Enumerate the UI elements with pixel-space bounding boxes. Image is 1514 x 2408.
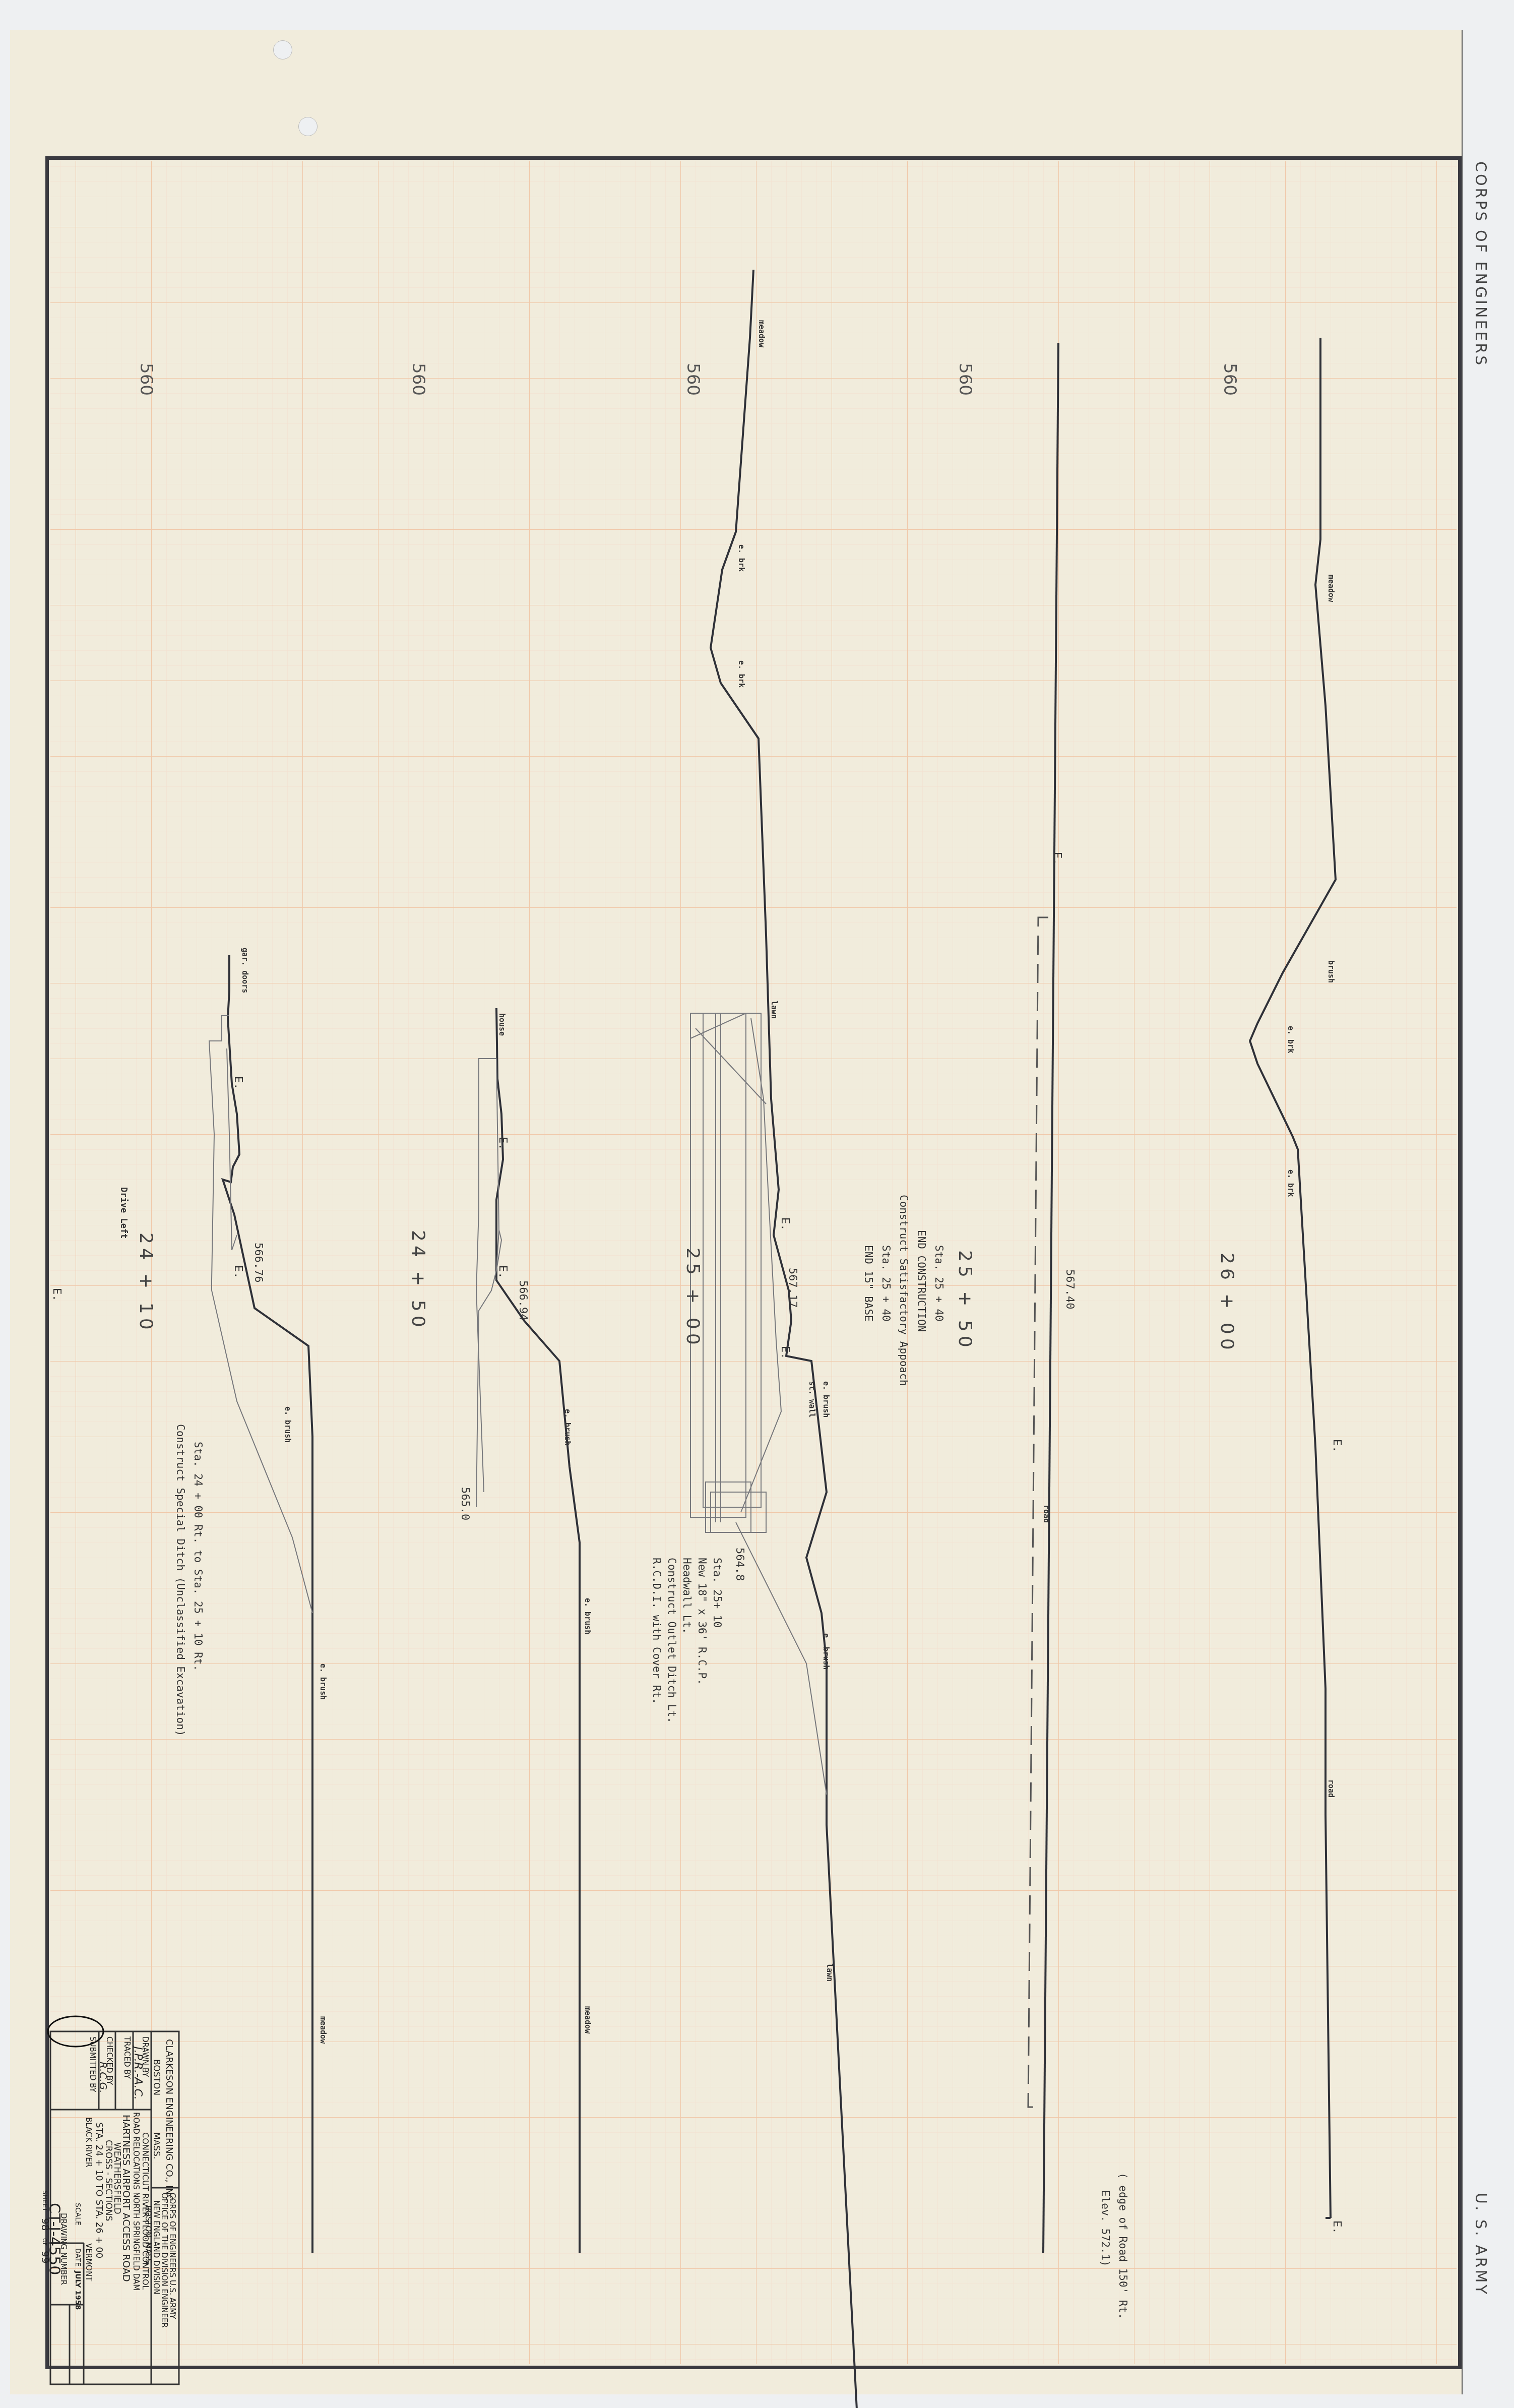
traced-by-label: TRACED BY: [122, 2036, 132, 2079]
sheet-total: 99: [40, 2251, 50, 2263]
agency-line: NEW ENGLAND DIVISION: [152, 2200, 160, 2295]
river-name: BLACK RIVER: [84, 2117, 94, 2167]
date-value: JULY 1958: [73, 2271, 83, 2310]
project-line: CONNECTICUT RIVER FLOOD CONTROL: [140, 2132, 150, 2290]
state-name: VERMONT: [84, 2243, 94, 2281]
firm-name: CLARKESON ENGINEERING CO., INC.: [164, 2039, 174, 2204]
drawn-by-value: J.P.R.-A.C.: [133, 2047, 143, 2100]
scale-label: SCALE: [73, 2203, 83, 2226]
firm-state: MASS.: [151, 2132, 161, 2159]
sheet-label: SHEET: [39, 2190, 49, 2211]
project-line: CROSS - SECTIONS: [103, 2140, 113, 2221]
date-label: DATE: [73, 2248, 83, 2266]
project-line: HARTNESS AIRPORT ACCESS ROAD: [121, 2115, 131, 2282]
title-block-frame: [0, 0, 1514, 2408]
agency-line: OFFICE OF THE DIVISION ENGINEER: [160, 2193, 168, 2328]
submitted-by-label: SUBMITTED BY: [88, 2036, 98, 2092]
project-line: STA. 24 + 10 TO STA. 26 + 00: [94, 2122, 104, 2258]
sheet-number: 98: [40, 2218, 50, 2231]
of-label: OF: [39, 2238, 49, 2246]
project-line: ROAD RELOCATIONS NORTH SPRINGFIELD DAM: [131, 2112, 141, 2291]
firm-city: BOSTON: [151, 2059, 161, 2095]
project-line: WEATHERSFIELD: [112, 2142, 122, 2214]
checked-by-value: R.C.G.: [98, 2062, 108, 2093]
agency-line: CORPS OF ENGINEERS U.S. ARMY: [168, 2193, 176, 2319]
